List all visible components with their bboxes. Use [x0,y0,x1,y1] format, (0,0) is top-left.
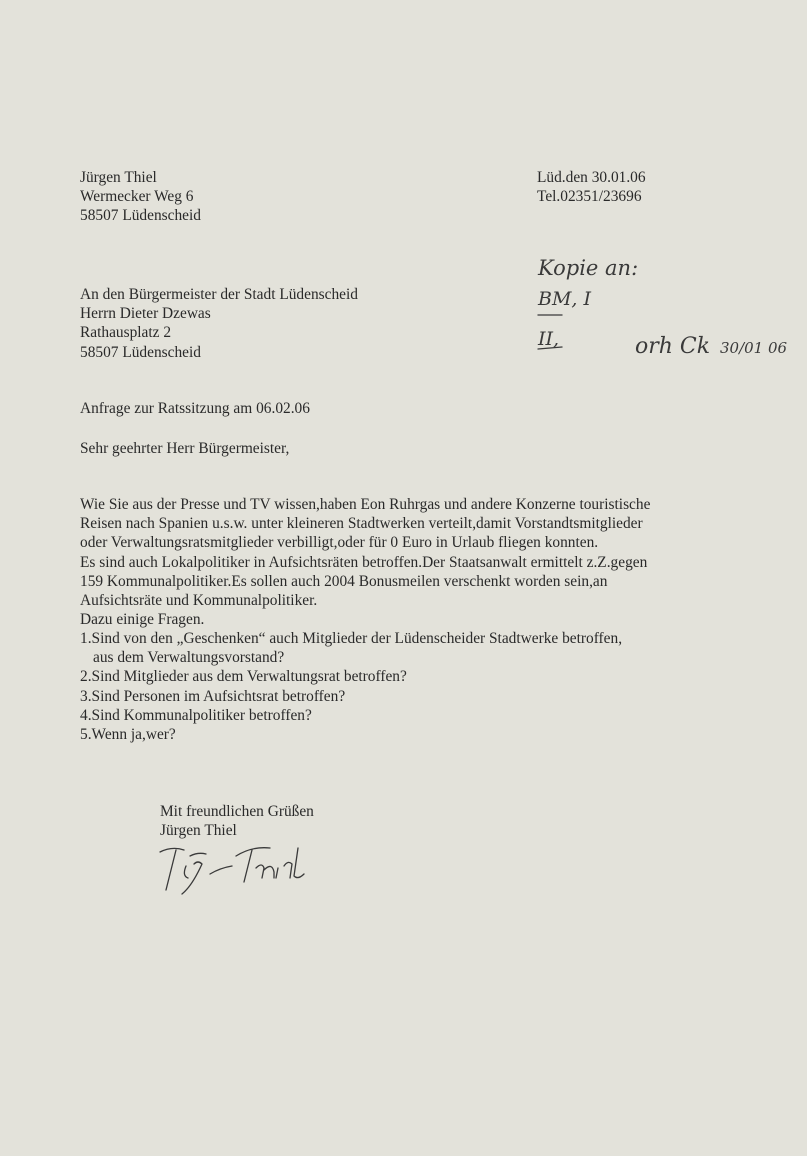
letter-body: Wie Sie aus der Presse und TV wissen,hab… [80,495,650,629]
recipient-line-1: An den Bürgermeister der Stadt Lüdensche… [80,285,358,304]
closing: Mit freundlichen Grüßen Jürgen Thiel [160,802,314,840]
letter-date: Lüd.den 30.01.06 [537,168,646,187]
recipient-address: An den Bürgermeister der Stadt Lüdensche… [80,285,358,362]
question-3: 3.Sind Personen im Aufsichtsrat betroffe… [80,687,622,706]
phone-number: Tel.02351/23696 [537,187,646,206]
question-2: 2.Sind Mitglieder aus dem Verwaltungsrat… [80,667,622,686]
question-1: 1.Sind von den „Geschenken“ auch Mitglie… [80,629,622,648]
salutation: Sehr geehrter Herr Bürgermeister, [80,439,289,458]
handwritten-signature [152,838,322,898]
recipient-line-3: Rathausplatz 2 [80,323,358,342]
closing-greeting: Mit freundlichen Grüßen [160,802,314,821]
body-line: Es sind auch Lokalpolitiker in Aufsichts… [80,553,650,572]
recipient-line-4: 58507 Lüdenscheid [80,343,358,362]
handnote-line-1: Kopie an: [537,256,638,280]
handnote-line-2: BM, I [537,288,591,310]
signature-last-name-stroke [236,848,304,882]
body-line: Dazu einige Fragen. [80,610,650,629]
handnote-line-3: II, [537,328,559,350]
sender-city: 58507 Lüdenscheid [80,206,201,225]
body-line: Wie Sie aus der Presse und TV wissen,hab… [80,495,650,514]
body-line: 159 Kommunalpolitiker.Es sollen auch 200… [80,572,650,591]
sender-street: Wermecker Weg 6 [80,187,201,206]
handwritten-distribution-note: Kopie an: BM, I II, orh Ck 30/01 06 [530,245,790,365]
sender-address: Jürgen Thiel Wermecker Weg 6 58507 Lüden… [80,168,201,226]
handnote-date: 30/01 06 [720,339,788,357]
signature-first-name-stroke [160,848,232,894]
sender-name: Jürgen Thiel [80,168,201,187]
question-5: 5.Wenn ja,wer? [80,725,622,744]
body-line: Reisen nach Spanien u.s.w. unter kleiner… [80,514,650,533]
subject-line: Anfrage zur Ratssitzung am 06.02.06 [80,399,310,418]
handnote-line-4: orh Ck [635,334,710,359]
body-line: oder Verwaltungsratsmitglieder verbillig… [80,533,650,552]
date-and-phone: Lüd.den 30.01.06 Tel.02351/23696 [537,168,646,206]
body-line: Aufsichtsräte und Kommunalpolitiker. [80,591,650,610]
question-1-continued: aus dem Verwaltungsvorstand? [80,648,622,667]
recipient-line-2: Herrn Dieter Dzewas [80,304,358,323]
letter-page: Jürgen Thiel Wermecker Weg 6 58507 Lüden… [0,0,807,1156]
question-list: 1.Sind von den „Geschenken“ auch Mitglie… [80,629,622,744]
question-4: 4.Sind Kommunalpolitiker betroffen? [80,706,622,725]
